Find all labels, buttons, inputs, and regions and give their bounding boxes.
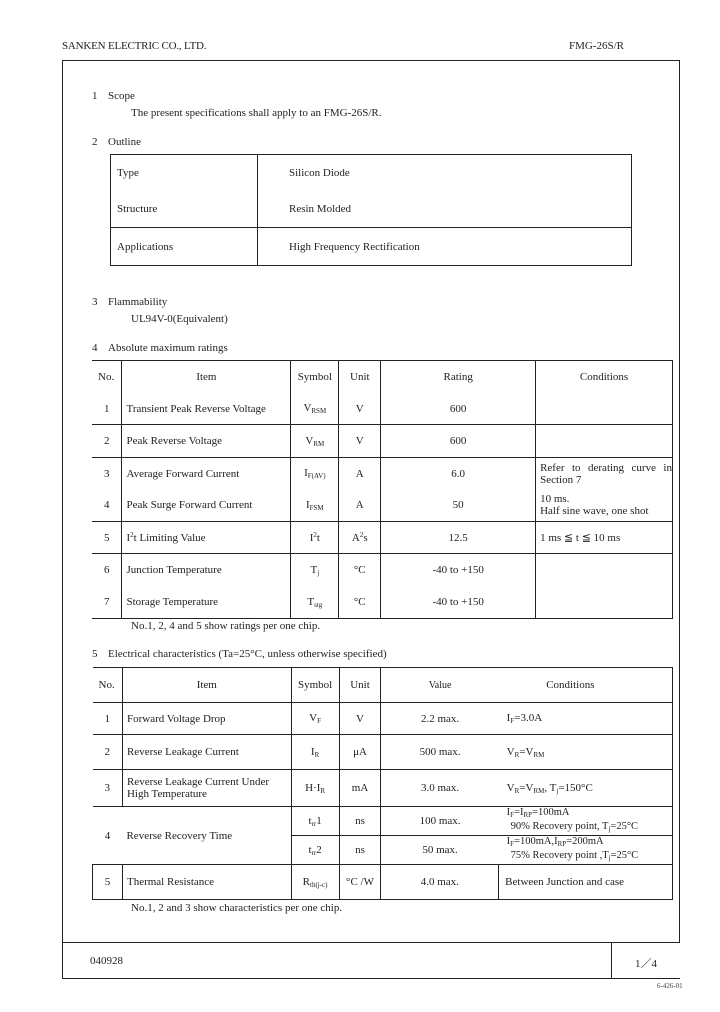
section-flammability-heading: 3Flammability — [92, 296, 167, 308]
scope-text: The present specifications shall apply t… — [131, 107, 382, 119]
absmax-row: 4 Peak Surge Forward Current IFSM A 50 1… — [92, 490, 673, 522]
outline-table: Type Silicon Diode Structure Resin Molde… — [110, 154, 632, 266]
section-electrical-heading: 5Electrical characteristics (Ta=25°C, un… — [92, 648, 387, 660]
electrical-row: 2 Reverse Leakage Current IR μA 500 max.… — [93, 735, 673, 770]
footer-box — [62, 942, 680, 979]
company-name: SANKEN ELECTRIC CO., LTD. — [62, 40, 206, 52]
electrical-table: No. Item Symbol Unit Value Conditions 1 … — [92, 667, 673, 900]
outline-row-type: Type Silicon Diode — [111, 155, 632, 191]
section-absmax-heading: 4Absolute maximum ratings — [92, 342, 228, 354]
document-code: 6-426-01 — [657, 982, 683, 990]
section-outline-heading: 2Outline — [92, 136, 141, 148]
page-number: 1／4 — [635, 955, 657, 971]
absmax-row: 5 I2t Limiting Value I2t A2s 12.5 1 ms ≦… — [92, 522, 673, 554]
electrical-note: No.1, 2 and 3 show characteristics per o… — [131, 902, 342, 914]
section-scope-heading: 1Scope — [92, 90, 135, 102]
absmax-note: No.1, 2, 4 and 5 show ratings per one ch… — [131, 620, 320, 632]
absmax-header-row: No. Item Symbol Unit Rating Conditions — [92, 361, 673, 394]
absmax-row: 1 Transient Peak Reverse Voltage VRSM V … — [92, 394, 673, 425]
absmax-row: 7 Storage Temperature Tstg °C -40 to +15… — [92, 587, 673, 619]
absmax-table: No. Item Symbol Unit Rating Conditions 1… — [92, 360, 673, 619]
outline-row-applications: Applications High Frequency Rectificatio… — [111, 228, 632, 266]
outline-row-structure: Structure Resin Molded — [111, 191, 632, 228]
footer-divider — [611, 942, 612, 979]
absmax-row: 6 Junction Temperature Tj °C -40 to +150 — [92, 554, 673, 587]
part-number: FMG-26S/R — [569, 40, 624, 52]
electrical-header-row: No. Item Symbol Unit Value Conditions — [93, 668, 673, 703]
absmax-row: 2 Peak Reverse Voltage VRM V 600 — [92, 425, 673, 458]
electrical-row: 5 Thermal Resistance Rth(j-c) °C /W 4.0 … — [93, 865, 673, 900]
electrical-row: 4 Reverse Recovery Time trr1 ns 100 max.… — [93, 807, 673, 836]
electrical-row: 1 Forward Voltage Drop VF V 2.2 max. IF=… — [93, 703, 673, 735]
electrical-row: 3 Reverse Leakage Current UnderHigh Temp… — [93, 770, 673, 807]
absmax-row: 3 Average Forward Current IF(AV) A 6.0 R… — [92, 458, 673, 490]
flammability-text: UL94V-0(Equivalent) — [131, 313, 228, 325]
footer-date: 040928 — [90, 955, 123, 967]
